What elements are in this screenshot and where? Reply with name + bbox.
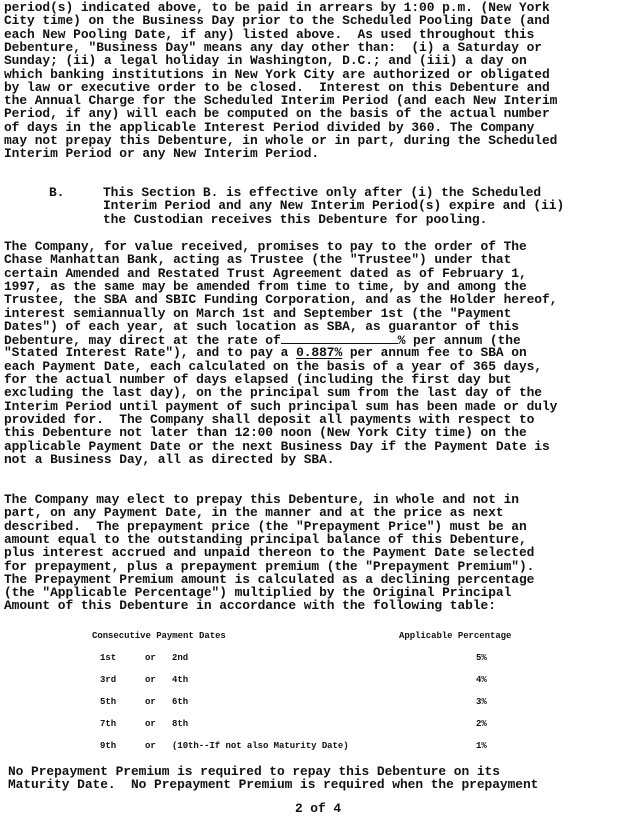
table-cell: 4th [172,675,188,685]
text-line: excluding the last day), on the principa… [4,386,542,399]
text-line: part, on any Payment Date, in the manner… [4,506,504,519]
text-line: interest semiannually on March 1st and S… [4,307,511,320]
table-cell: or [145,653,156,663]
text-line: Debenture, "Business Day" means any day … [4,41,542,54]
table-cell: 8th [172,719,188,729]
text-line: certain Amended and Restated Trust Agree… [4,267,527,280]
table-cell: 3% [476,697,487,707]
table-cell: or [145,741,156,751]
table-cell: 7th [100,719,116,729]
text-line: The Company may elect to prepay this Deb… [4,493,519,506]
table-cell: (10th--If not also Maturity Date) [172,741,349,751]
text-line: Sunday; (ii) a legal holiday in Washingt… [4,54,527,67]
text-line: City time) on the Business Day prior to … [4,14,550,27]
table-cell: or [145,719,156,729]
text-line: not a Business Day, all as directed by S… [4,453,334,466]
text-line: The Company, for value received, promise… [4,240,527,253]
text-line: Interim Period and any New Interim Perio… [103,199,564,212]
document-page: period(s) indicated above, to be paid in… [0,0,636,828]
text-line: Chase Manhattan Bank, acting as Trustee … [4,253,511,266]
table-header-percentage: Applicable Percentage [399,631,511,641]
text-line: Maturity Date. No Prepayment Premium is … [8,778,538,791]
table-cell: 3rd [100,675,116,685]
text-line: Interim Period until payment of such pri… [4,400,557,413]
text-line: amount equal to the outstanding principa… [4,533,527,546]
text-line: Dates") of each year, at such location a… [4,320,519,333]
fee-line: "Stated Interest Rate"), and to pay a 0.… [4,346,527,359]
section-label: B. [49,186,64,199]
table-cell: or [145,675,156,685]
text-line: Amount of this Debenture in accordance w… [4,599,496,612]
text-line: Period, if any) will each be computed on… [4,107,550,120]
stated-interest-rate-blank [281,333,398,344]
table-cell: 4% [476,675,487,685]
table-cell: 2% [476,719,487,729]
text-line: provided for. The Company shall deposit … [4,413,534,426]
text-line: described. The prepayment price (the "Pr… [4,520,527,533]
text-line: period(s) indicated above, to be paid in… [4,1,550,14]
text-line: This Section B. is effective only after … [103,186,541,199]
text-line: The Prepayment Premium amount is calcula… [4,573,534,586]
text-line: for the actual number of days elapsed (i… [4,373,511,386]
table-cell: 6th [172,697,188,707]
text-line: Trustee, the SBA and SBIC Funding Corpor… [4,293,557,306]
text-line: each New Pooling Date, if any) listed ab… [4,28,534,41]
text-line: (the "Applicable Percentage") multiplied… [4,586,511,599]
text-line: of days in the applicable Interest Perio… [4,121,534,134]
text-line: No Prepayment Premium is required to rep… [8,765,500,778]
table-header-payment-dates: Consecutive Payment Dates [92,631,226,641]
text-line: plus interest accrued and unpaid thereon… [4,546,534,559]
table-cell: 5% [476,653,487,663]
text-line: for prepayment, plus a prepayment premiu… [4,560,534,573]
text-line: applicable Payment Date or the next Busi… [4,440,550,453]
text-line: 1997, as the same may be amended from ti… [4,280,527,293]
text-line: may not prepay this Debenture, in whole … [4,134,557,147]
text-line: the Annual Charge for the Scheduled Inte… [4,94,557,107]
table-cell: 5th [100,697,116,707]
text-line: each Payment Date, each calculated on th… [4,360,542,373]
page-number: 2 of 4 [0,802,636,815]
text-line: this Debenture not later than 12:00 noon… [4,426,527,439]
text-line: Interim Period or any New Interim Period… [4,147,319,160]
text-line: by law or executive order to be closed. … [4,81,550,94]
table-cell: 1% [476,741,487,751]
table-cell: or [145,697,156,707]
table-cell: 1st [100,653,116,663]
table-cell: 2nd [172,653,188,663]
table-cell: 9th [100,741,116,751]
text-line: which banking institutions in New York C… [4,68,550,81]
text-line: the Custodian receives this Debenture fo… [103,213,487,226]
